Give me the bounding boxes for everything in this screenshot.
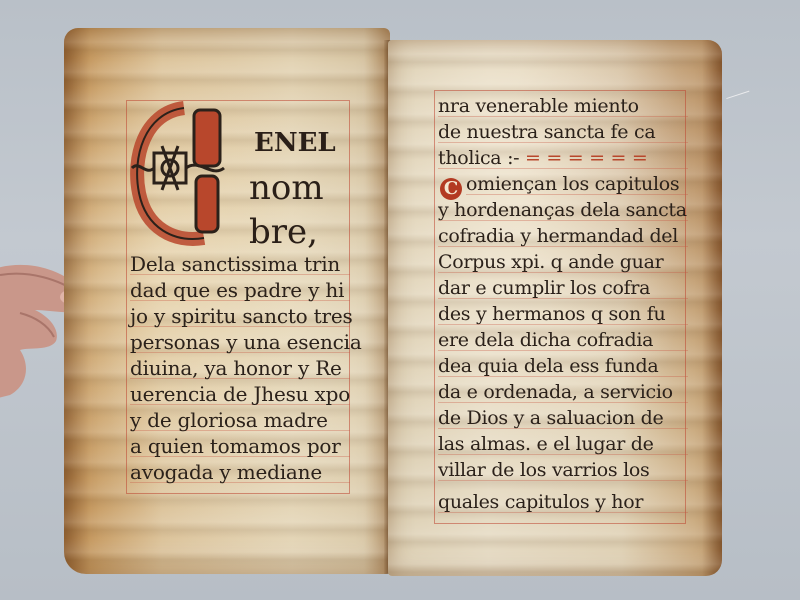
illuminated-initial-icon bbox=[124, 98, 244, 248]
text-line: y de gloriosa madre bbox=[130, 410, 350, 431]
right-page: nra venerable miento de nuestra sancta f… bbox=[388, 40, 722, 576]
text-line: da e ordenada, a servicio bbox=[438, 382, 688, 403]
text-line: y hordenanças dela sancta bbox=[438, 200, 688, 221]
text-line: de nuestra sancta fe ca bbox=[438, 122, 688, 143]
text-line: villar de los varrios los bbox=[438, 460, 688, 481]
text-line: personas y una esencia bbox=[130, 332, 350, 353]
text-line: Dela sanctissima trin bbox=[130, 254, 350, 275]
text-line: tholica :- = = = = = = bbox=[438, 148, 688, 169]
text-line: las almas. e el lugar de bbox=[438, 434, 688, 455]
text-line: uerencia de Jhesu xpo bbox=[130, 384, 350, 405]
text-line: de Dios y a saluacion de bbox=[438, 408, 688, 429]
heading-line-3: bre, bbox=[249, 212, 318, 252]
loose-thread bbox=[726, 91, 753, 113]
text-line: a quien tomamos por bbox=[130, 436, 350, 457]
left-page: ENEL nom bre, Dela sanctissima trin dad … bbox=[64, 28, 390, 574]
text-line: omiençan los capitulos bbox=[466, 174, 688, 195]
text-line-content: tholica :- bbox=[438, 147, 519, 169]
text-line: diuina, ya honor y Re bbox=[130, 358, 350, 379]
text-line: jo y spiritu sancto tres bbox=[130, 306, 350, 327]
rubricated-initial: C bbox=[440, 178, 462, 200]
text-line: cofradia y hermandad del bbox=[438, 226, 688, 247]
heading-line-2: nom bbox=[249, 168, 324, 208]
manuscript-photo: ENEL nom bre, Dela sanctissima trin dad … bbox=[0, 0, 800, 600]
text-line: Corpus xpi. q ande guar bbox=[438, 252, 688, 273]
text-line: dar e cumplir los cofra bbox=[438, 278, 688, 299]
text-line: dad que es padre y hi bbox=[130, 280, 350, 301]
rubric-marks: = = = = = = bbox=[525, 147, 647, 169]
text-line: quales capitulos y hor bbox=[438, 492, 688, 513]
text-line: dea quia dela ess funda bbox=[438, 356, 688, 377]
text-line: avogada y mediane bbox=[130, 462, 350, 483]
heading-line-1: ENEL bbox=[254, 128, 336, 158]
text-line: ere dela dicha cofradia bbox=[438, 330, 688, 351]
text-line: des y hermanos q son fu bbox=[438, 304, 688, 325]
text-line: nra venerable miento bbox=[438, 96, 688, 117]
